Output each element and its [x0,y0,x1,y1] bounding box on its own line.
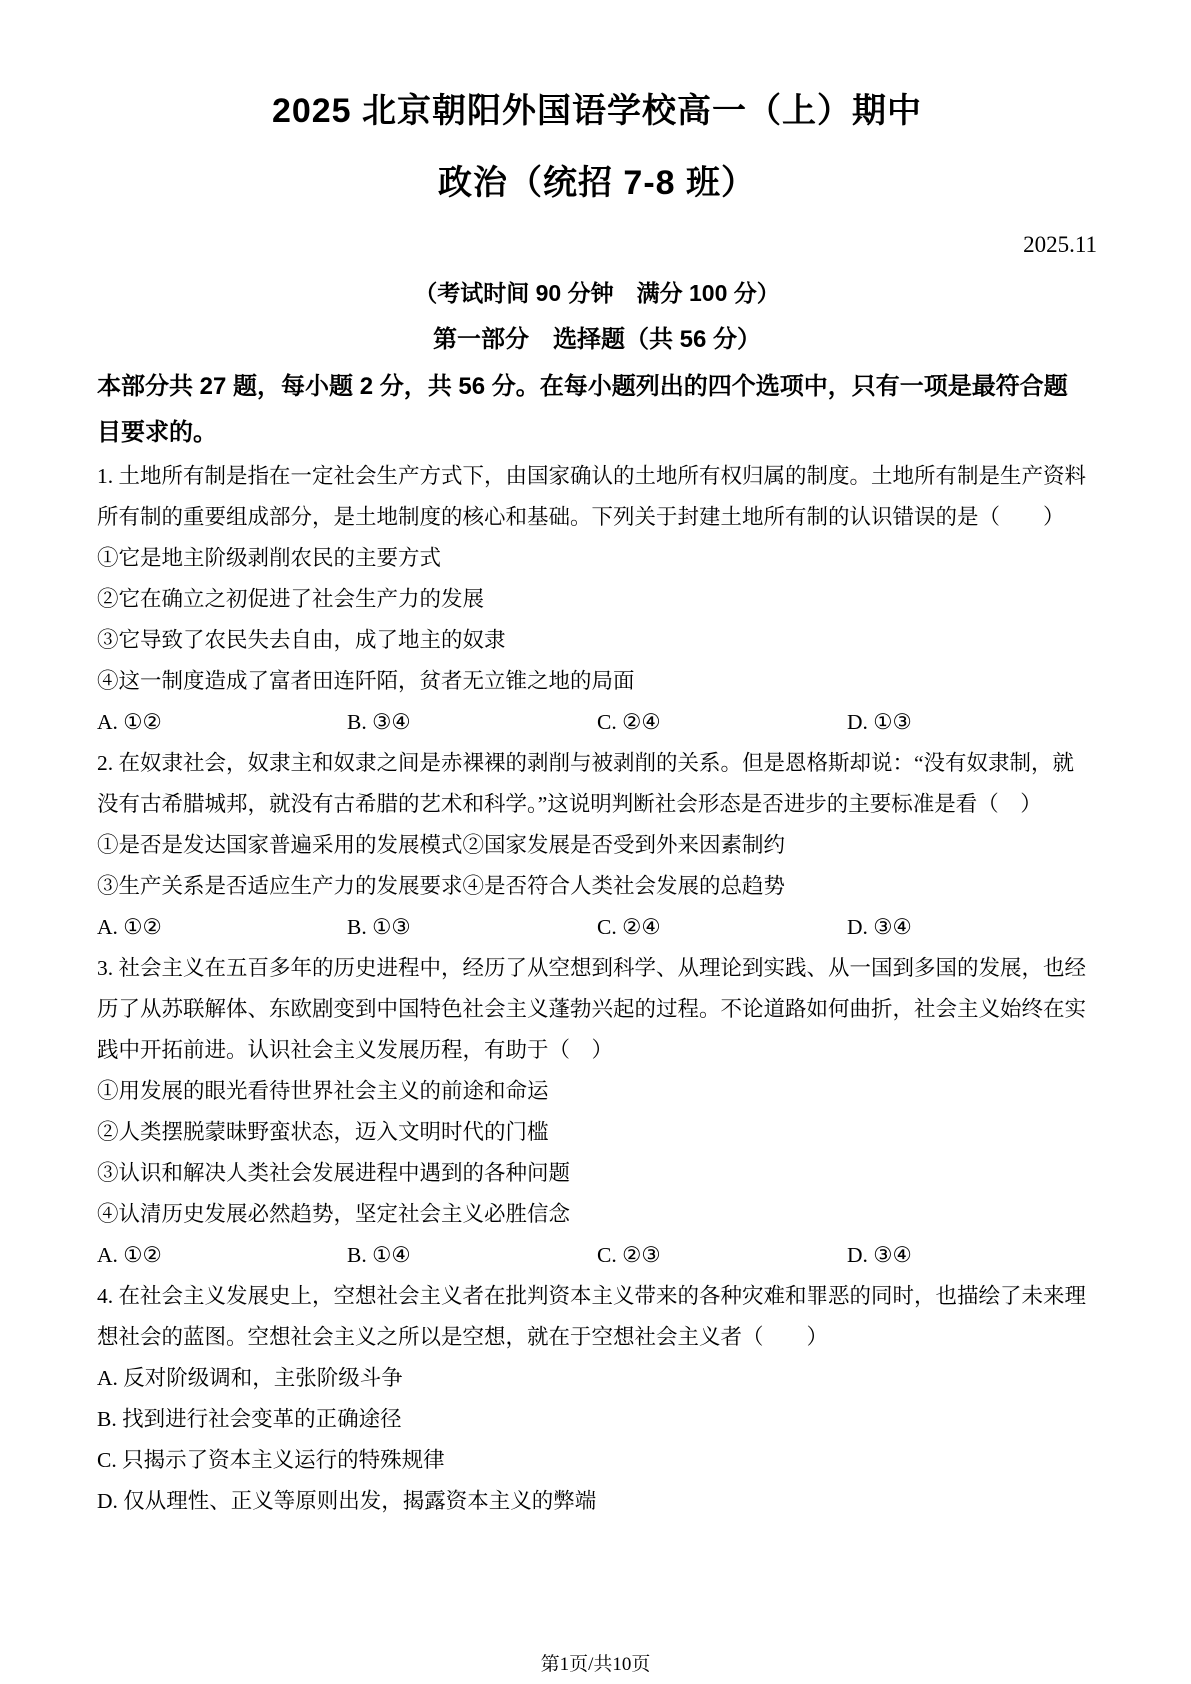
exam-title: 2025 北京朝阳外国语学校高一（上）期中 [97,90,1097,132]
instructions-line-1: 本部分共 27 题，每小题 2 分，共 56 分。在每小题列出的四个选项中，只有… [97,364,1097,410]
question-4-stem-line-1: 4. 在社会主义发展史上，空想社会主义者在批判资本主义带来的各种灾难和罪恶的同时… [97,1276,1097,1317]
question-2-stem-line-1: 2. 在奴隶社会，奴隶主和奴隶之间是赤裸裸的剥削与被剥削的关系。但是恩格斯却说：… [97,743,1097,784]
question-list: 1. 土地所有制是指在一定社会生产方式下，由国家确认的土地所有权归属的制度。土地… [97,456,1097,1522]
question-1-option-b: B. ③④ [347,702,597,743]
question-3-option-d: D. ③④ [847,1235,1097,1276]
question-2-item-2: ③生产关系是否适应生产力的发展要求④是否符合人类社会发展的总趋势 [97,866,1097,907]
question-1-options: A. ①② B. ③④ C. ②④ D. ①③ [97,702,1097,743]
question-1-item-3: ③它导致了农民失去自由，成了地主的奴隶 [97,620,1097,661]
question-4-option-c: C. 只揭示了资本主义运行的特殊规律 [97,1440,1097,1481]
question-1-item-1: ①它是地主阶级剥削农民的主要方式 [97,538,1097,579]
question-3-option-b: B. ①④ [347,1235,597,1276]
exam-duration-score: （考试时间 90 分钟 满分 100 分） [97,277,1097,309]
question-2: 2. 在奴隶社会，奴隶主和奴隶之间是赤裸裸的剥削与被剥削的关系。但是恩格斯却说：… [97,743,1097,948]
question-2-option-c: C. ②④ [597,907,847,948]
instructions-line-2: 目要求的。 [97,410,1097,456]
question-1-stem-line-1: 1. 土地所有制是指在一定社会生产方式下，由国家确认的土地所有权归属的制度。土地… [97,456,1097,497]
section-instructions: 本部分共 27 题，每小题 2 分，共 56 分。在每小题列出的四个选项中，只有… [97,364,1097,456]
question-2-stem-line-2: 没有古希腊城邦，就没有古希腊的艺术和科学。”这说明判断社会形态是否进步的主要标准… [97,784,1097,825]
question-2-option-a: A. ①② [97,907,347,948]
question-1-option-d: D. ①③ [847,702,1097,743]
section-heading: 第一部分 选择题（共 56 分） [97,324,1097,356]
question-4-option-a: A. 反对阶级调和，主张阶级斗争 [97,1358,1097,1399]
question-3-option-a: A. ①② [97,1235,347,1276]
question-4-option-b: B. 找到进行社会变革的正确途径 [97,1399,1097,1440]
question-4: 4. 在社会主义发展史上，空想社会主义者在批判资本主义带来的各种灾难和罪恶的同时… [97,1276,1097,1522]
question-2-item-1: ①是否是发达国家普遍采用的发展模式②国家发展是否受到外来因素制约 [97,825,1097,866]
question-3: 3. 社会主义在五百多年的历史进程中，经历了从空想到科学、从理论到实践、从一国到… [97,948,1097,1276]
question-2-options: A. ①② B. ①③ C. ②④ D. ③④ [97,907,1097,948]
question-4-option-d: D. 仅从理性、正义等原则出发，揭露资本主义的弊端 [97,1481,1097,1522]
exam-subtitle: 政治（统招 7-8 班） [97,162,1097,204]
question-4-stem-line-2: 想社会的蓝图。空想社会主义之所以是空想，就在于空想社会主义者（ ） [97,1317,1097,1358]
page-content: 2025 北京朝阳外国语学校高一（上）期中 政治（统招 7-8 班） 2025.… [97,0,1097,1522]
question-1: 1. 土地所有制是指在一定社会生产方式下，由国家确认的土地所有权归属的制度。土地… [97,456,1097,743]
question-2-option-b: B. ①③ [347,907,597,948]
question-3-option-c: C. ②③ [597,1235,847,1276]
question-1-option-c: C. ②④ [597,702,847,743]
exam-date: 2025.11 [97,230,1097,260]
question-3-stem-line-1: 3. 社会主义在五百多年的历史进程中，经历了从空想到科学、从理论到实践、从一国到… [97,948,1097,989]
question-3-item-4: ④认清历史发展必然趋势，坚定社会主义必胜信念 [97,1194,1097,1235]
question-2-option-d: D. ③④ [847,907,1097,948]
question-1-item-4: ④这一制度造成了富者田连阡陌，贫者无立锥之地的局面 [97,661,1097,702]
page-footer: 第1页/共10页 [0,1653,1191,1677]
question-3-item-3: ③认识和解决人类社会发展进程中遇到的各种问题 [97,1153,1097,1194]
question-3-options: A. ①② B. ①④ C. ②③ D. ③④ [97,1235,1097,1276]
question-1-item-2: ②它在确立之初促进了社会生产力的发展 [97,579,1097,620]
exam-page: 2025 北京朝阳外国语学校高一（上）期中 政治（统招 7-8 班） 2025.… [0,0,1191,1684]
question-3-stem-line-2: 历了从苏联解体、东欧剧变到中国特色社会主义蓬勃兴起的过程。不论道路如何曲折，社会… [97,989,1097,1030]
question-3-item-2: ②人类摆脱蒙昧野蛮状态，迈入文明时代的门槛 [97,1112,1097,1153]
question-3-item-1: ①用发展的眼光看待世界社会主义的前途和命运 [97,1071,1097,1112]
question-1-stem-line-2: 所有制的重要组成部分，是土地制度的核心和基础。下列关于封建土地所有制的认识错误的… [97,497,1097,538]
question-3-stem-line-3: 践中开拓前进。认识社会主义发展历程，有助于（ ） [97,1030,1097,1071]
question-1-option-a: A. ①② [97,702,347,743]
